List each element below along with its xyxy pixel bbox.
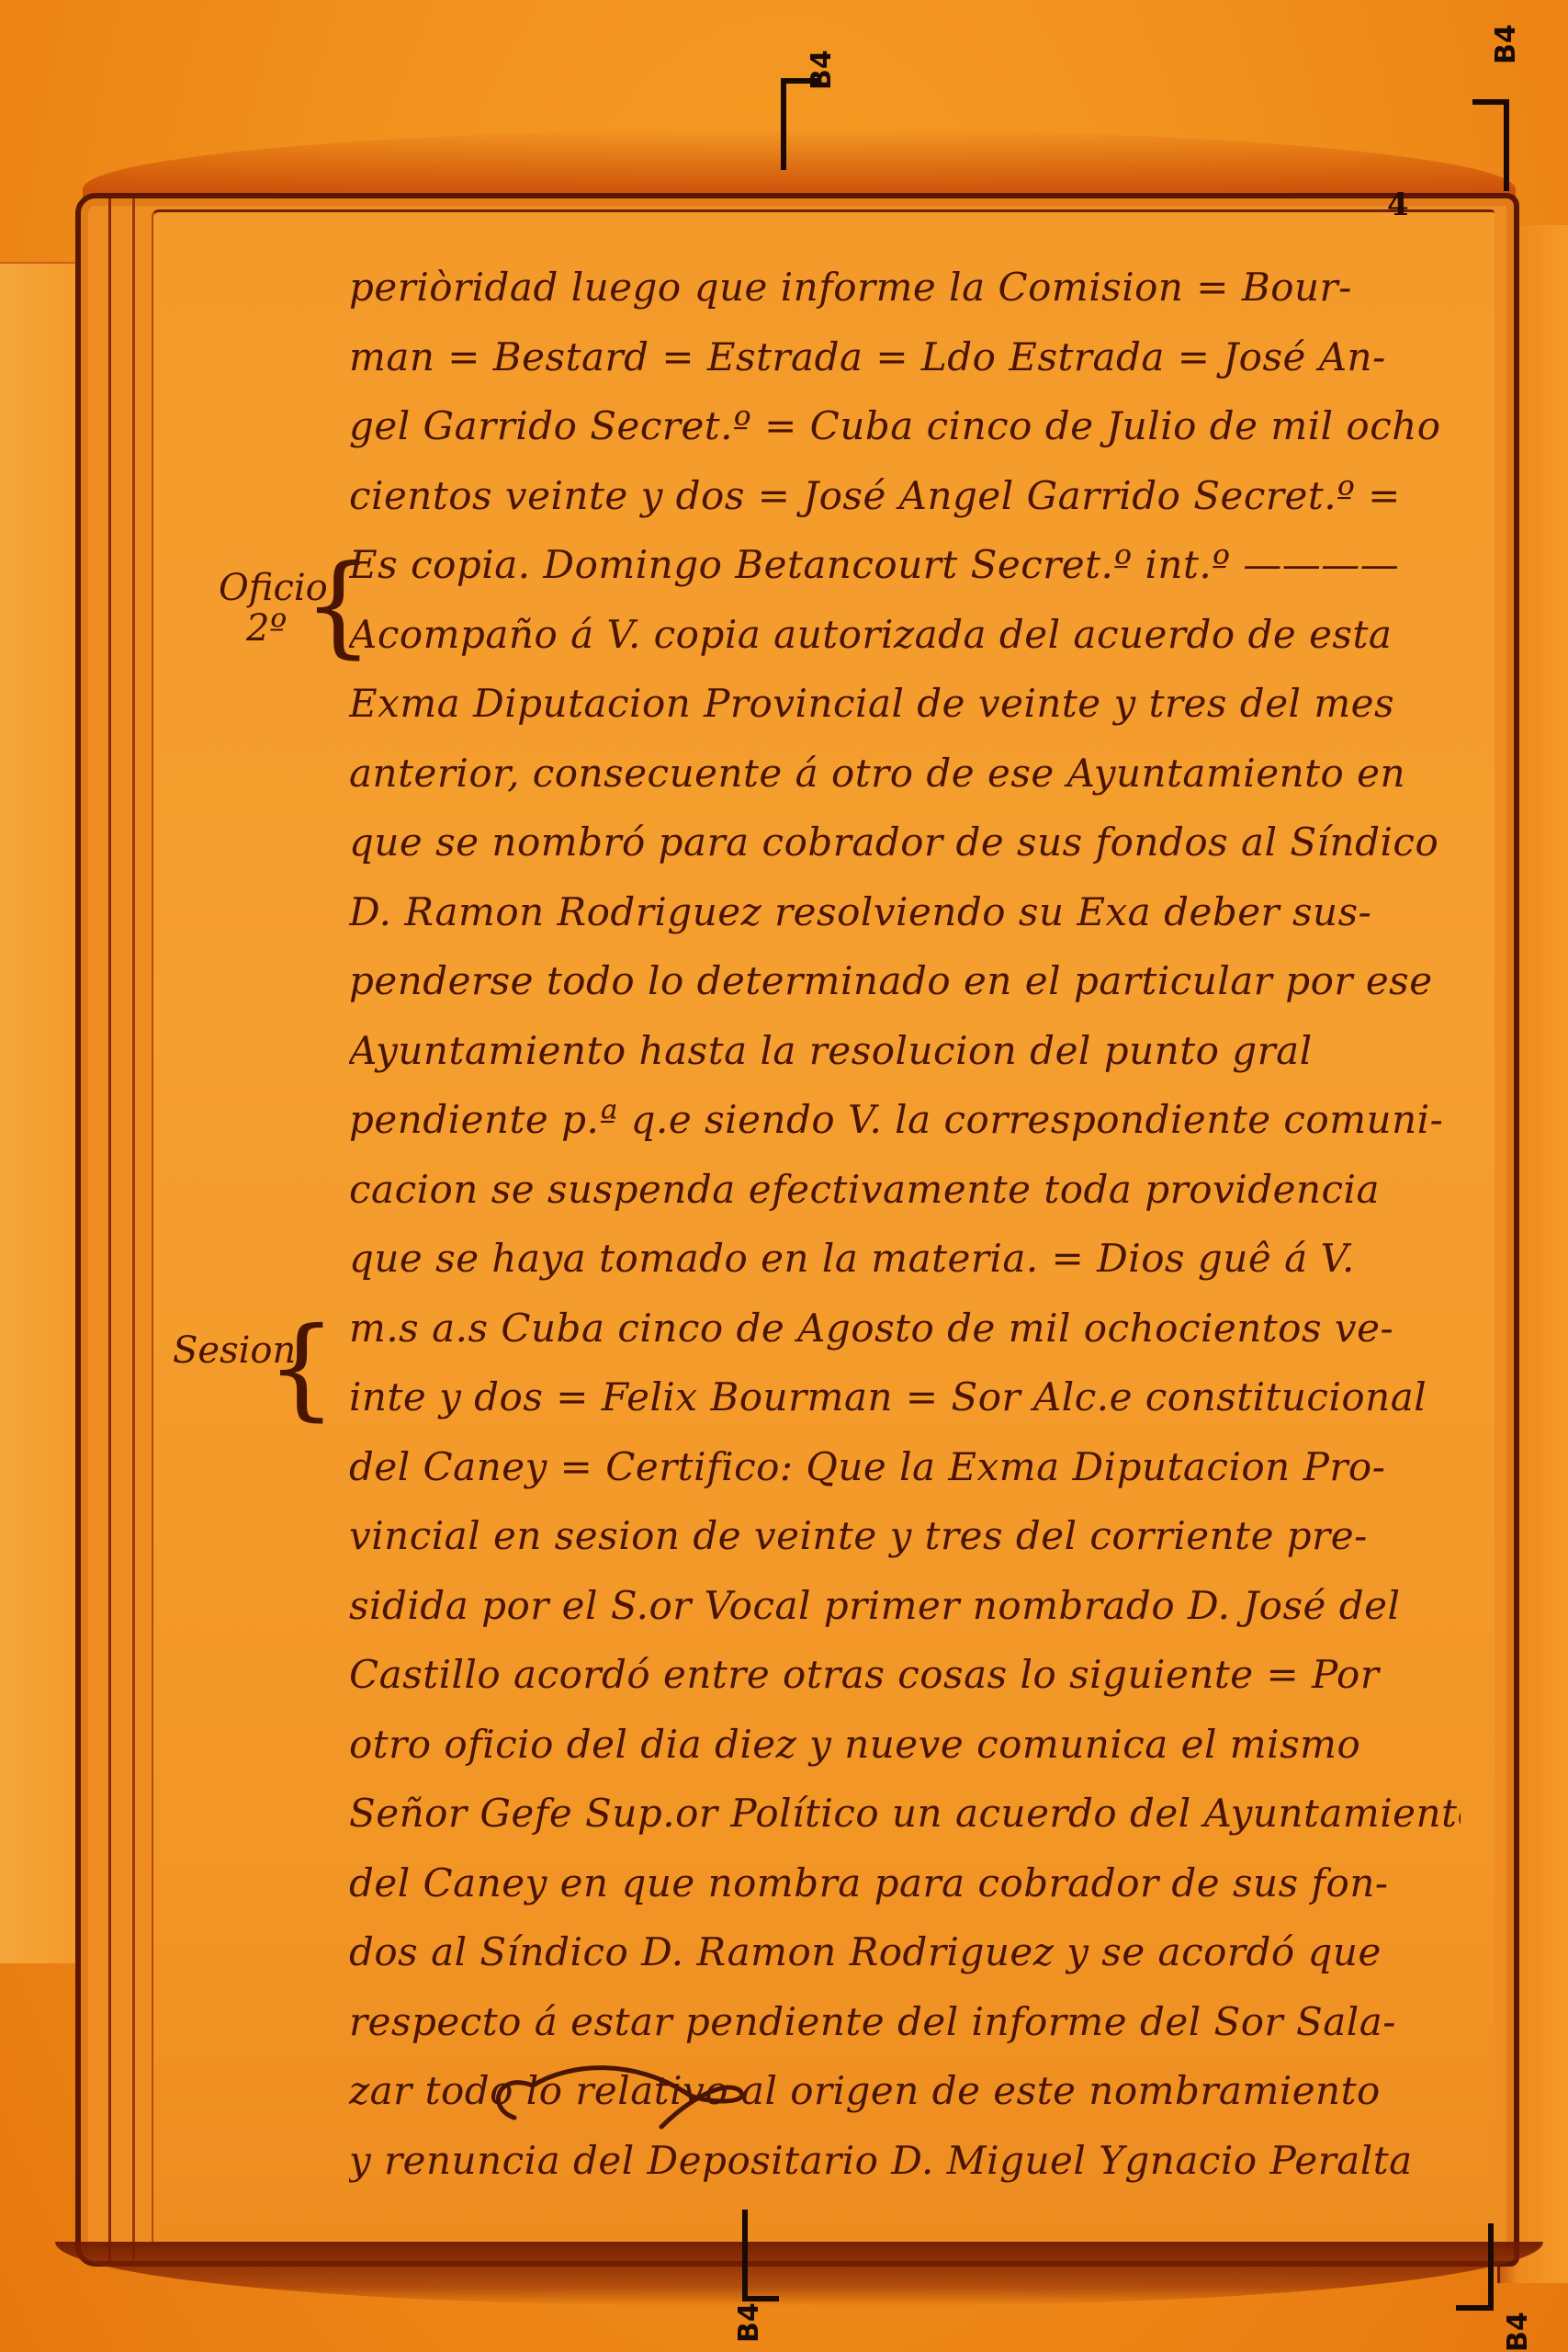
text-line: man = Bestard = Estrada = Ldo Estrada = … bbox=[349, 322, 1461, 392]
text-line: que se haya tomado en la materia. = Dios… bbox=[349, 1224, 1461, 1294]
text-line: Exma Diputacion Provincial de veinte y t… bbox=[349, 669, 1461, 739]
signature-flourish-icon bbox=[478, 2053, 772, 2136]
text-line: sidida por el S.or Vocal primer nombrado… bbox=[349, 1571, 1461, 1641]
crop-label: B4 bbox=[1502, 2312, 1534, 2352]
text-line: del Caney = Certifico: Que la Exma Diput… bbox=[349, 1432, 1461, 1502]
text-line: Acompaño á V. copia autorizada del acuer… bbox=[349, 600, 1461, 670]
page-edge bbox=[108, 198, 111, 2261]
bottom-shadow bbox=[55, 2242, 1543, 2306]
page-edge bbox=[132, 198, 135, 2261]
text-line: cacion se suspenda efectivamente toda pr… bbox=[349, 1155, 1461, 1225]
text-line: m.s a.s Cuba cinco de Agosto de mil ocho… bbox=[349, 1294, 1461, 1363]
text-line: D. Ramon Rodriguez resolviendo su Exa de… bbox=[349, 877, 1461, 947]
crop-label: B4 bbox=[806, 50, 838, 90]
text-line: pendiente p.ª q.e siendo V. la correspon… bbox=[349, 1085, 1461, 1155]
text-line: que se nombró para cobrador de sus fondo… bbox=[349, 808, 1461, 877]
text-line: otro oficio del dia diez y nueve comunic… bbox=[349, 1710, 1461, 1780]
text-line: inte y dos = Felix Bourman = Sor Alc.e c… bbox=[349, 1363, 1461, 1432]
text-line: cientos veinte y dos = José Angel Garrid… bbox=[349, 461, 1461, 531]
manuscript-text: periòridad luego que informe la Comision… bbox=[349, 253, 1461, 2195]
crop-label: B4 bbox=[733, 2302, 765, 2343]
page-number: 4 bbox=[1387, 187, 1409, 223]
text-line: penderse todo lo determinado en el parti… bbox=[349, 946, 1461, 1016]
text-line: anterior, consecuente á otro de ese Ayun… bbox=[349, 739, 1461, 808]
text-line: Ayuntamiento hasta la resolucion del pun… bbox=[349, 1016, 1461, 1086]
brace-icon: { bbox=[266, 1314, 336, 1424]
text-line: respecto á estar pendiente del informe d… bbox=[349, 1987, 1461, 2057]
text-line: Castillo acordó entre otras cosas lo sig… bbox=[349, 1640, 1461, 1710]
text-line: Es copia. Domingo Betancourt Secret.º in… bbox=[349, 530, 1461, 600]
text-line: Señor Gefe Sup.or Político un acuerdo de… bbox=[349, 1779, 1461, 1849]
text-line: gel Garrido Secret.º = Cuba cinco de Jul… bbox=[349, 391, 1461, 461]
text-line: del Caney en que nombra para cobrador de… bbox=[349, 1849, 1461, 1918]
crop-label: B4 bbox=[1490, 24, 1522, 64]
text-line: periòridad luego que informe la Comision… bbox=[349, 253, 1461, 322]
text-line: vincial en sesion de veinte y tres del c… bbox=[349, 1501, 1461, 1571]
text-line: dos al Síndico D. Ramon Rodriguez y se a… bbox=[349, 1917, 1461, 1987]
